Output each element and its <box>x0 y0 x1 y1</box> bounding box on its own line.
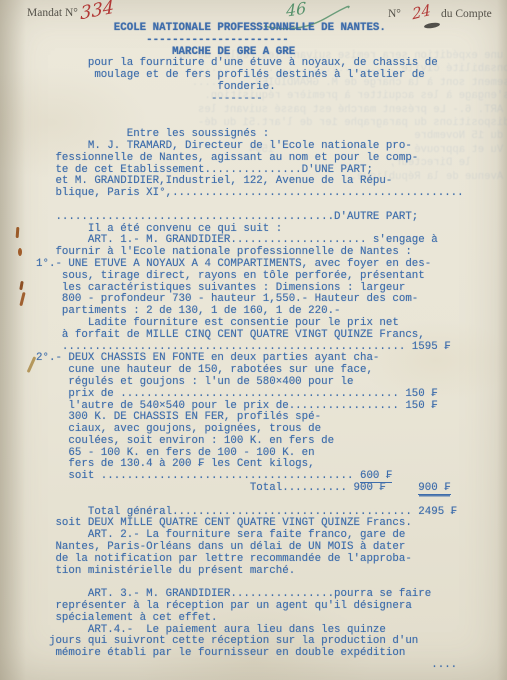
document-body: ECOLE NATIONALE PROFESSIONNELLE DE NANTE… <box>0 23 507 672</box>
text-segment: Ladite fourniture est consentie pour le … <box>36 317 399 329</box>
text-segment: à forfait de MILLE CINQ CENT QUATRE VING… <box>36 329 425 341</box>
text-segment: soit DEUX MILLE QUATRE CENT QUATRE VINGT… <box>36 517 412 529</box>
text-segment: M. J. TRAMARD, Directeur de l'Ecole nati… <box>36 140 412 152</box>
text-segment: de la notification par lettre recommandé… <box>36 553 412 565</box>
text-segment: les caractéristiques suivantes : Dimensi… <box>36 282 405 294</box>
text-segment: ART.4.- Le paiement aura lieu dans les q… <box>36 624 386 636</box>
mandat-number-handwritten: 334 <box>80 0 114 24</box>
compte-suffix-label: du Compte <box>441 8 492 20</box>
text-segment: fonderie. <box>36 81 276 93</box>
text-segment: cune une hauteur de 150, rabotées sur un… <box>36 364 373 376</box>
amount-b: MARCHE DE GRE A GRE <box>36 46 295 58</box>
text-segment: prix de ................................… <box>36 388 438 400</box>
text-segment: Entre les soussignés : <box>36 128 269 140</box>
text-segment: spécialement à cet effet. <box>36 612 217 624</box>
compte-number-handwritten: 24 <box>412 1 432 24</box>
document-line: .... <box>36 660 507 672</box>
margin-ink-mark <box>18 248 22 256</box>
text-segment: ciaux, avec goujons, poignées, trous de <box>36 423 321 435</box>
document-line: tion ministérielle du présent marché. <box>36 566 507 578</box>
text-segment: Total général...........................… <box>36 506 457 518</box>
text-segment: coulées, soit environ : 100 K. en fers d… <box>36 435 334 447</box>
text-segment: 900 ₣ <box>353 482 385 494</box>
mandat-label: Mandat N° <box>27 7 78 19</box>
text-segment: Il a été convenu ce qui suit : <box>36 223 282 235</box>
text-segment: 800 - profondeur 730 - hauteur 1,550.- H… <box>36 293 418 305</box>
document-line <box>36 106 507 118</box>
text-segment: Total.......... <box>36 482 353 494</box>
text-segment: ART. 2.- La fourniture sera faite franco… <box>36 529 405 541</box>
text-segment: partiments : 2 de 130, 1 de 160, 1 de 22… <box>36 305 341 317</box>
document-line: -------- <box>36 94 507 106</box>
text-segment: -------- <box>36 93 263 105</box>
text-segment: 300 K. DE CHASSIS EN FER, profilés spé- <box>36 411 321 423</box>
text-segment: .... <box>36 659 457 671</box>
document-line: blique, Paris XI°,......................… <box>36 188 507 200</box>
text-segment: moulage et de fers profilés destinés à l… <box>36 69 425 81</box>
amount-b: ECOLE NATIONALE PROFESSIONNELLE DE NANTE… <box>36 22 386 34</box>
text-segment: tion ministérielle du présent marché. <box>36 565 295 577</box>
text-segment: soit ...................................… <box>36 470 360 482</box>
document-line: Total.......... 900 ₣ 900 ₣ <box>36 483 507 495</box>
text-segment: et M. GRANDIDIER,Industriel, 122, Avenue… <box>36 175 392 187</box>
text-segment: jours qui suivront cette réception sur l… <box>36 635 418 647</box>
text-segment: 65 - 100 K. en fers de 100 - 100 K. en <box>36 447 315 459</box>
text-segment: ART. 3.- M. GRANDIDIER................po… <box>36 588 431 600</box>
text-segment: blique, Paris XI°,......................… <box>36 187 464 199</box>
text-segment: fessionnelle de Nantes, agissant au nom … <box>36 152 418 164</box>
text-segment <box>386 482 418 494</box>
text-segment: 1°.- UNE ETUVE A NOYAUX A 4 COMPARTIMENT… <box>36 258 431 270</box>
text-segment: 2°.- DEUX CHASSIS EN FONTE en deux parti… <box>36 352 379 364</box>
text-segment: sous, tirage direct, rayons en tôle perf… <box>36 270 425 282</box>
text-segment: te de cet Etablissement...............D'… <box>36 164 373 176</box>
text-segment: représenter à la réception par un agent … <box>36 600 412 612</box>
text-segment: Nantes, Paris-Orléans dans un délai de U… <box>36 541 405 553</box>
text-segment: ........................................… <box>36 341 451 353</box>
text-segment: pour la fourniture d'une étuve à noyaux,… <box>36 57 438 69</box>
amount-b: ---------------------- <box>36 34 289 46</box>
text-segment: fers de 130.4 à 200 ₣ les Cent kilogs, <box>36 458 315 470</box>
text-segment: l'autre de 540×540 pour le prix de......… <box>36 400 438 412</box>
text-segment: régulés et goujons : l'un de 580×400 pou… <box>36 376 353 388</box>
amount-du: 900 ₣ <box>418 482 450 495</box>
compte-no-label: N° <box>388 8 401 20</box>
scanned-document-page: dont une expédition sera remise suivant … <box>0 0 507 680</box>
text-segment: fournir à l'Ecole nationale professionne… <box>36 246 412 258</box>
text-segment: mémoire établi par le fournisseur en dou… <box>36 647 405 659</box>
text-segment: ........................................… <box>36 211 418 223</box>
text-segment: ART. 1.- M. GRANDIDIER..................… <box>36 234 438 246</box>
